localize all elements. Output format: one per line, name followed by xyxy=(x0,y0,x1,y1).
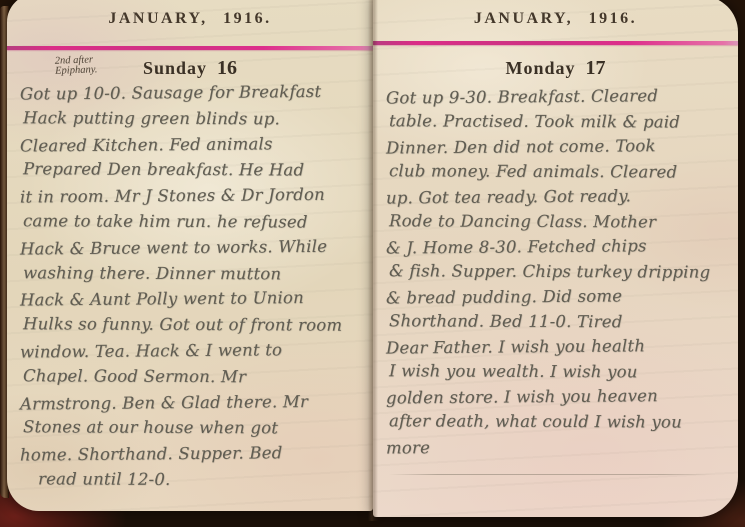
diary-entry-line: table. Practised. Took milk & paid xyxy=(386,108,734,135)
diary-entry-line: & fish. Supper. Chips turkey dripping xyxy=(386,258,734,285)
diary-entry-line: home. Shorthand. Supper. Bed xyxy=(20,440,369,469)
diary-entry-line: Dinner. Den did not come. Took xyxy=(386,132,734,160)
month-header-left: JANUARY, 1916. xyxy=(7,10,373,28)
diary-entry-line: & J. Home 8-30. Fetched chips xyxy=(386,232,734,260)
diary-entry-line: more xyxy=(386,432,734,460)
day-number-left: 16 xyxy=(217,57,237,79)
month-header-right: JANUARY, 1916. xyxy=(373,10,738,28)
diary-entry-line: after death, what could I wish you xyxy=(386,408,734,435)
diary-entry-line: Cleared Kitchen. Fed animals xyxy=(20,130,369,159)
pink-rule-left xyxy=(7,46,373,50)
diary-entry-line: Stones at our house when got xyxy=(20,415,369,442)
diary-entry-line: golden store. I wish you heaven xyxy=(386,382,734,410)
diary-entry-line: Hack & Bruce went to works. While xyxy=(20,233,369,262)
diary-entry-line: Rode to Dancing Class. Mother xyxy=(386,208,734,235)
diary-entry-line: Prepared Den breakfast. He Had xyxy=(20,157,369,184)
diary-entry-line: Hack & Aunt Polly went to Union xyxy=(20,285,369,314)
diary-entry-line: Armstrong. Ben & Glad there. Mr xyxy=(20,388,369,417)
pink-rule-right xyxy=(373,41,738,45)
diary-entry-line: Chapel. Good Sermon. Mr xyxy=(20,363,369,390)
day-header-left: Sunday16 xyxy=(7,57,373,80)
entries-left: Got up 10-0. Sausage for Breakfast Hack … xyxy=(20,80,369,493)
faint-page-rule xyxy=(389,474,712,475)
diary-entry-line: Dear Father. I wish you health xyxy=(386,332,734,360)
right-page: JANUARY, 1916. Monday17 Got up 9-30. Bre… xyxy=(373,0,738,517)
day-label-left: Sunday xyxy=(143,58,207,78)
diary-entry-line: I wish you wealth. I wish you xyxy=(386,358,734,385)
diary-entry-line: washing there. Dinner mutton xyxy=(20,260,369,287)
diary-entry-line: Shorthand. Bed 11-0. Tired xyxy=(386,308,734,335)
day-header-right: Monday17 xyxy=(373,57,738,80)
diary-entry-line: Got up 9-30. Breakfast. Cleared xyxy=(386,82,734,110)
diary-entry-line: club money. Fed animals. Cleared xyxy=(386,158,734,185)
diary-entry-line: Hack putting green blinds up. xyxy=(20,105,369,132)
diary-entry-line: it in room. Mr J Stones & Dr Jordon xyxy=(20,182,369,211)
diary-entry-line: window. Tea. Hack & I went to xyxy=(20,336,369,365)
diary-entry-line: up. Got tea ready. Got ready. xyxy=(386,182,734,210)
diary-entry-line: & bread pudding. Did some xyxy=(386,282,734,310)
day-number-right: 17 xyxy=(586,57,606,79)
diary-entry-line: came to take him run. he refused xyxy=(20,208,369,235)
entries-right: Got up 9-30. Breakfast. Cleared table. P… xyxy=(386,84,734,459)
diary-entry-line: Got up 10-0. Sausage for Breakfast xyxy=(20,78,369,107)
diary-entry-line: read until 12-0. xyxy=(20,466,369,493)
diary-scan: JANUARY, 1916. 2nd after Epiphany. Sunda… xyxy=(0,0,745,527)
day-label-right: Monday xyxy=(505,58,575,78)
left-page: JANUARY, 1916. 2nd after Epiphany. Sunda… xyxy=(7,0,373,511)
diary-entry-line: Hulks so funny. Got out of front room xyxy=(20,311,369,338)
